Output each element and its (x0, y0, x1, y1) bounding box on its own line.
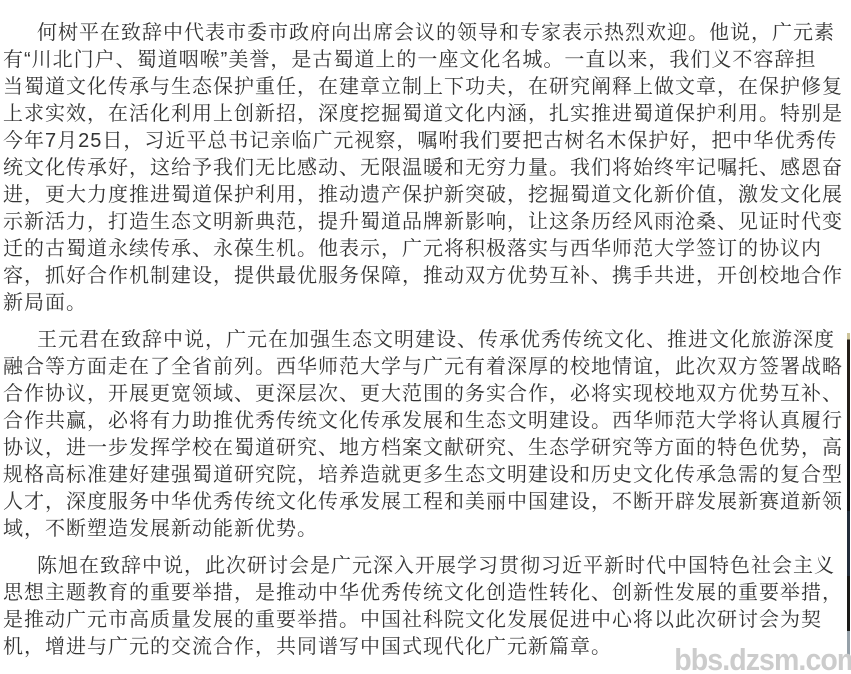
article-line: 融合等方面走在了全省前列。西华师范大学与广元有着深厚的校地情谊，此次双方签署战略 (3, 354, 845, 381)
article-line: 新局面。 (3, 290, 845, 317)
article-line: 容，抓好合作机制建设，提供最优服务保障，推动双方优势互补、携手共进，开创校地合作 (3, 263, 845, 290)
article-line: 是推动广元市高质量发展的重要举措。中国社科院文化发展促进中心将以此次研讨会为契 (3, 607, 845, 634)
article-line: 统文化传承好，这给予我们无比感动、无限温暖和无穷力量。我们将始终牢记嘱托、感恩奋 (3, 155, 845, 182)
article-line: 规格高标准建好建强蜀道研究院，培养造就更多生态文明建设和历史文化传承急需的复合型 (3, 462, 845, 489)
article-line: 上求实效，在活化利用上创新招，深度挖掘蜀道文化内涵，扎实推进蜀道保护利用。特别是 (3, 101, 845, 128)
article-line: 思想主题教育的重要举措，是推动中华优秀传统文化创造性转化、创新性发展的重要举措， (3, 580, 845, 607)
article-line: 域，不断塑造发展新动能新优势。 (3, 516, 845, 543)
article-line: 有“川北门户、蜀道咽喉”美誉，是古蜀道上的一座文化名城。一直以来，我们义不容辞担 (3, 47, 845, 74)
article-line: 进，更大力度推进蜀道保护利用，推动遗产保护新突破，挖掘蜀道文化新价值，激发文化展 (3, 182, 845, 209)
article-line: 示新活力，打造生态文明新典范，提升蜀道品牌新影响，让这条历经风雨沧桑、见证时代变 (3, 209, 845, 236)
article-line: 迁的古蜀道永续传承、永葆生机。他表示，广元将积极落实与西华师范大学签订的协议内 (3, 236, 845, 263)
article-line: 陈旭在致辞中说，此次研讨会是广元深入开展学习贯彻习近平新时代中国特色社会主义 (3, 553, 845, 580)
paragraph-1: 何树平在致辞中代表市委市政府向出席会议的领导和专家表示热烈欢迎。他说，广元素 有… (3, 20, 845, 317)
article-line: 合作协议，开展更宽领域、更深层次、更大范围的务实合作，必将实现校地双方优势互补、 (3, 381, 845, 408)
article-line: 王元君在致辞中说，广元在加强生态文明建设、传承优秀传统文化、推进文化旅游深度 (3, 327, 845, 354)
article-line: 何树平在致辞中代表市委市政府向出席会议的领导和专家表示热烈欢迎。他说，广元素 (3, 20, 845, 47)
article-line: 当蜀道文化传承与生态保护重任，在建章立制上下功夫，在研究阐释上做文章，在保护修复 (3, 74, 845, 101)
article-line: 协议，进一步发挥学校在蜀道研究、地方档案文献研究、生态学研究等方面的特色优势，高 (3, 435, 845, 462)
cropped-image-edge (847, 333, 850, 657)
article-line: 人才，深度服务中华优秀传统文化传承发展工程和美丽中国建设，不断开辟发展新赛道新领 (3, 489, 845, 516)
watermark: bbs.dzsm.com (674, 642, 851, 674)
article-line: 合作共赢，必将有力助推优秀传统文化传承发展和生态文明建设。西华师范大学将认真履行 (3, 408, 845, 435)
article-body: 何树平在致辞中代表市委市政府向出席会议的领导和专家表示热烈欢迎。他说，广元素 有… (0, 0, 851, 674)
paragraph-2: 王元君在致辞中说，广元在加强生态文明建设、传承优秀传统文化、推进文化旅游深度 融… (3, 327, 845, 543)
article-line: 今年7月25日，习近平总书记亲临广元视察，嘱咐我们要把古树名木保护好，把中华优秀… (3, 128, 845, 155)
